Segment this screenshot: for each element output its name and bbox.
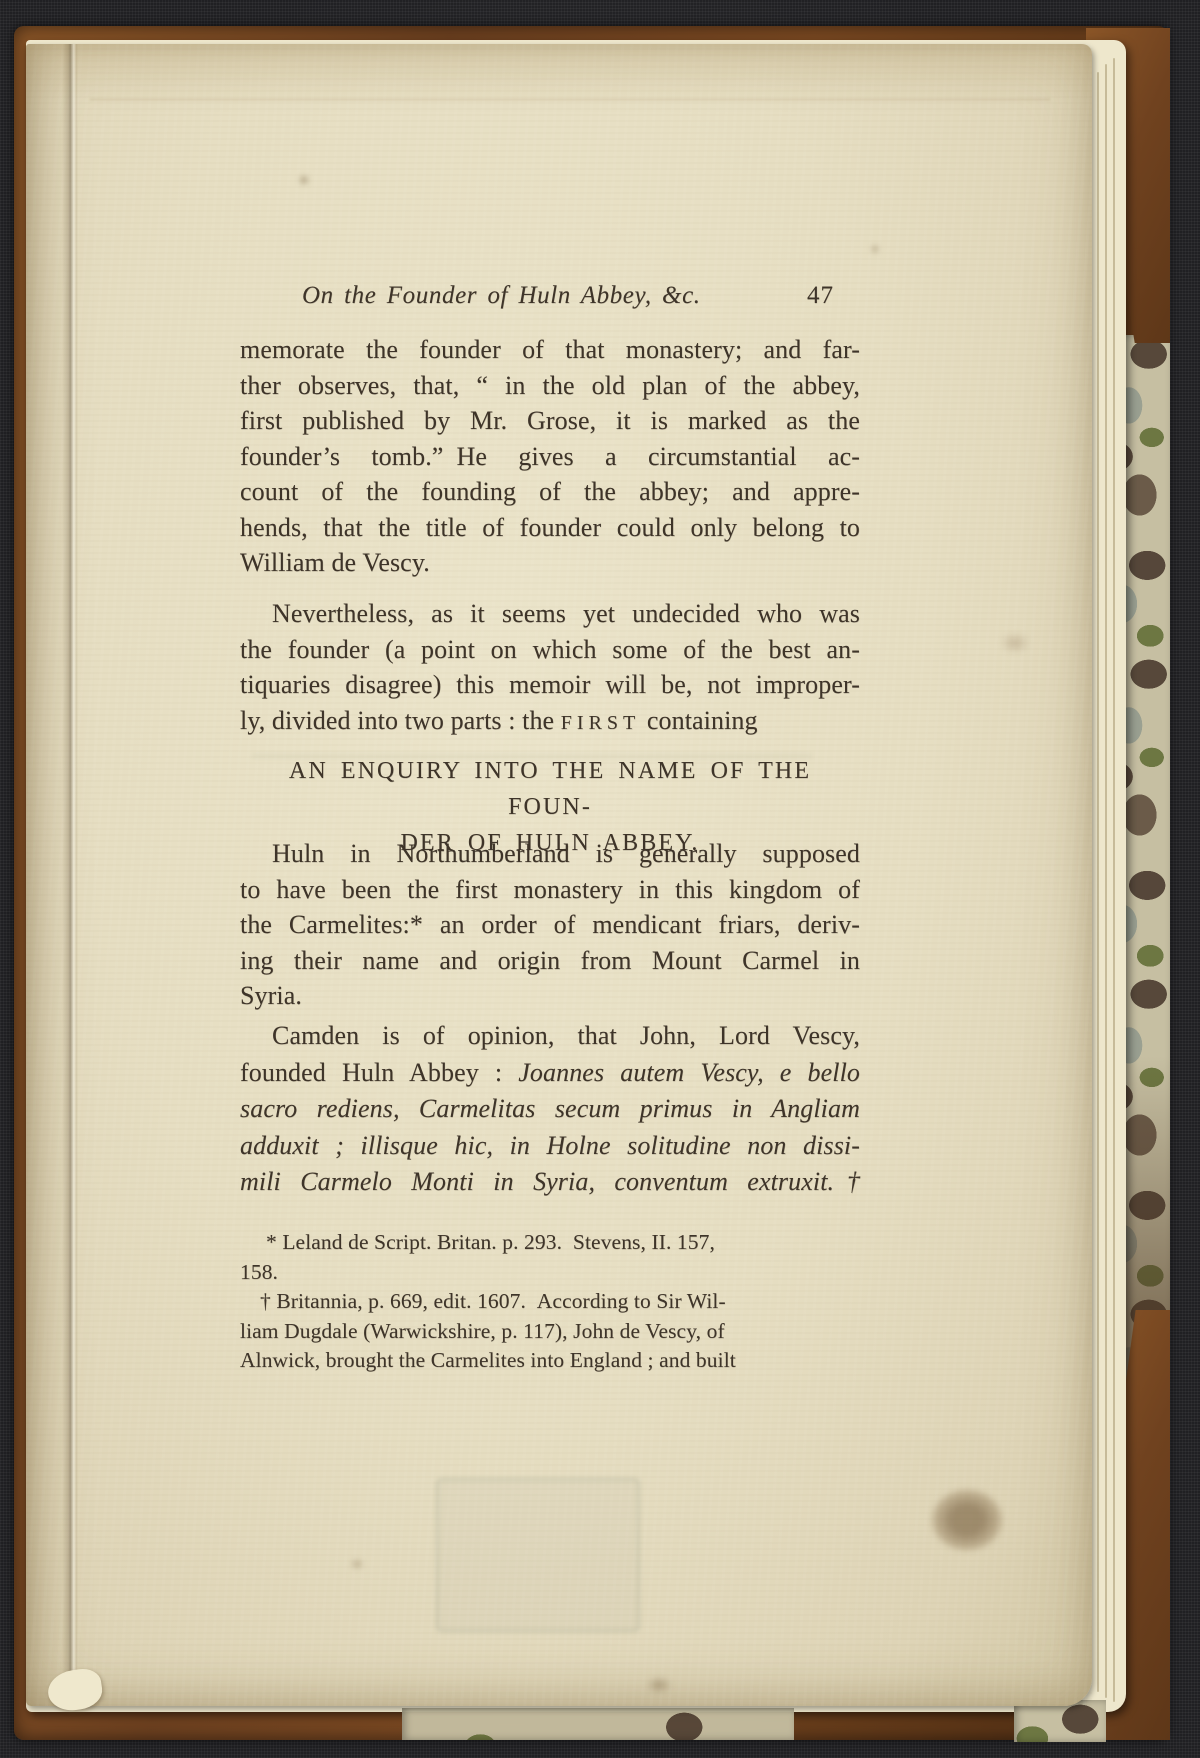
marbled-endpaper-bottom-fragment [402,1708,794,1740]
paragraph-2: Nevertheless, as it seems yet undecided … [240,596,860,741]
stain [646,1676,672,1694]
latin-quote-segment: Joannes autem Vescy, e bello [518,1058,860,1087]
speck [872,246,878,252]
text-line: ly, divided into two parts : the FIRST c… [240,703,860,742]
page-number: 47 [807,282,834,310]
page-top-discoloration [26,44,1092,102]
latin-quote-line: adduxit ; illisque hic, in Holne solitud… [240,1128,860,1165]
footnote-line: † Britannia, p. 669, edit. 1607. Accordi… [240,1287,860,1317]
text-line: memorate the founder of that monastery; … [240,332,860,368]
paragraph-3: Huln in Northumberland is generally supp… [240,836,860,1014]
small-caps-word: FIRST [561,712,640,734]
stain [930,1488,1004,1552]
show-through-ghost [436,1478,640,1632]
page-edge-line [1097,72,1099,1692]
section-heading-line: AN ENQUIRY INTO THE NAME OF THE FOUN- [262,753,838,825]
text-line: the founder (a point on which some of th… [240,632,860,668]
page-edge-line [1105,64,1107,1698]
footnote-line: * Leland de Script. Britan. p. 293. Stev… [240,1228,860,1258]
text-line: Camden is of opinion, that John, Lord Ve… [240,1018,860,1055]
text-line: tiquaries disagree) this memoir will be,… [240,667,860,703]
text-segment: founded Huln Abbey : [240,1058,518,1087]
tide-line [90,99,1050,104]
footnote-line: 158. [240,1258,860,1288]
page-edge-line [1113,58,1115,1702]
stain [1000,632,1030,654]
text-line: ing their name and origin from Mount Car… [240,943,860,979]
gutter-crease [62,44,78,1706]
text-line: to have been the first monastery in this… [240,872,860,908]
paragraph-1: memorate the founder of that monastery; … [240,332,860,581]
latin-quote-line: sacro rediens, Carmelitas secum primus i… [240,1091,860,1128]
speck [300,176,308,184]
marbled-endpaper-bottom-corner [1014,1700,1106,1742]
scanned-book-photo: On the Founder of Huln Abbey, &c. 47 mem… [0,0,1200,1758]
latin-quote-line: mili Carmelo Monti in Syria, conventum e… [240,1164,860,1201]
running-title: On the Founder of Huln Abbey, &c. [302,282,701,310]
text-line: count of the founding of the abbey; and … [240,474,860,510]
text-line: Syria. [240,978,860,1014]
footnote-line: liam Dugdale (Warwickshire, p. 117), Joh… [240,1317,860,1347]
running-header: On the Founder of Huln Abbey, &c. 47 [240,282,860,320]
speck [352,1560,362,1568]
text-line: founder’s tomb.” He gives a circumstanti… [240,439,860,475]
text-line: first published by Mr. Grose, it is mark… [240,403,860,439]
text-line: hends, that the title of founder could o… [240,510,860,546]
text-line: William de Vescy. [240,545,860,581]
text-line: Nevertheless, as it seems yet undecided … [240,596,860,632]
footnote-line: Alnwick, brought the Carmelites into Eng… [240,1346,860,1376]
paragraph-4: Camden is of opinion, that John, Lord Ve… [240,1018,860,1201]
text-line: ther observes, that, “ in the old plan o… [240,368,860,404]
text-line: the Carmelites:* an order of mendicant f… [240,907,860,943]
text-segment: containing [640,706,757,735]
text-line: founded Huln Abbey : Joannes autem Vescy… [240,1055,860,1092]
text-segment: ly, divided into two parts : the [240,706,561,735]
footnotes: * Leland de Script. Britan. p. 293. Stev… [240,1228,860,1376]
text-line: Huln in Northumberland is generally supp… [240,836,860,872]
